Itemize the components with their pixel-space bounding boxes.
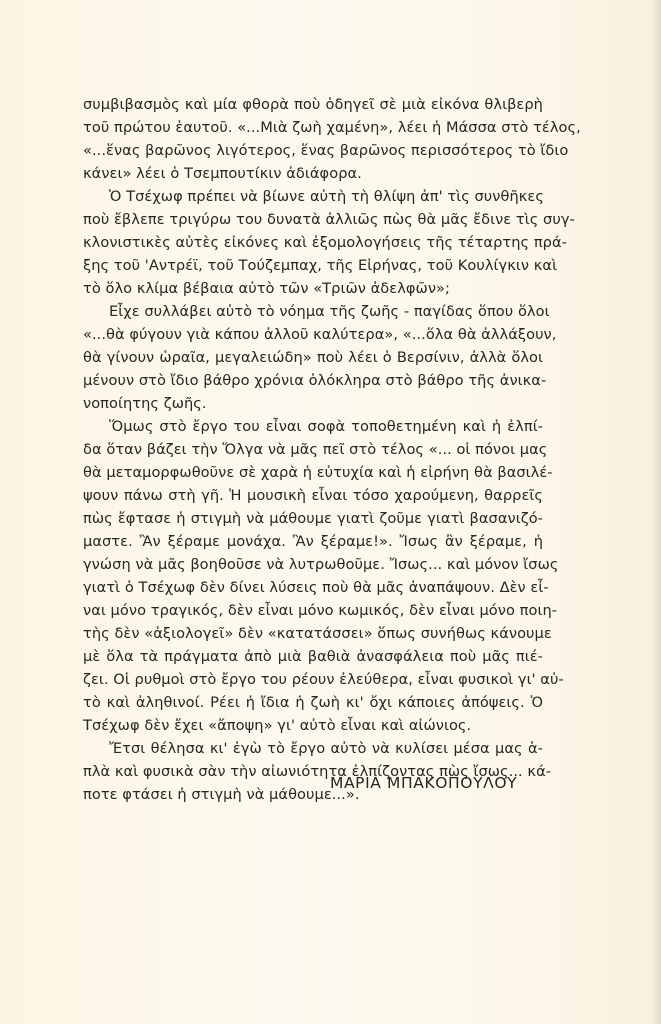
text-line: «...ἕνας βαρῶνος λιγότερος, ἕνας βαρῶνος… [83,139,543,162]
paragraph: Ἔτσι θέλησα κι' ἐγὼ τὸ ἔργο αὐτὸ νὰ κυλί… [83,737,543,806]
text-line: τὸ ὅλο κλίμα βέβαια αὐτὸ τῶν «Τριῶν ἀδελ… [83,277,543,300]
text-line: «...θὰ φύγουν γιὰ κάπου ἀλλοῦ καλύτερα»,… [83,323,543,346]
page-edge-shadow [651,0,661,1024]
paragraph: Ὅμως στὸ ἔργο του εἶναι σοφὰ τοποθετημέν… [83,415,543,737]
text-line: γνώση νὰ μᾶς βοηθοῦσε νὰ λυτρωθοῦμε. Ἴσω… [83,553,543,576]
text-line: ποὺ ἔβλεπε τριγύρω του δυνατὰ ἀλλιῶς πὼς… [83,208,543,231]
text-line: ψουν πάνω στὴ γῆ. Ἡ μουσικὴ εἶναι τόσο χ… [83,484,543,507]
text-line: μένουν στὸ ἴδιο βάθρο χρόνια ὁλόκληρα στ… [83,369,543,392]
paragraph: Εἶχε συλλάβει αὐτὸ τὸ νόημα τῆς ζωῆς - π… [83,300,543,415]
text-line: Ὅμως στὸ ἔργο του εἶναι σοφὰ τοποθετημέν… [83,415,543,438]
text-line: τὴς δὲν «ἀξιολογεῖ» δὲν «κατατάσσει» ὅπω… [83,622,543,645]
text-line: συμβιβασμὸς καὶ μία φθορὰ ποὺ ὁδηγεῖ σὲ … [83,93,543,116]
text-line: μαστε. Ἂν ξέραμε μονάχα. Ἂν ξέραμε!». Ἴσ… [83,530,543,553]
text-line: Τσέχωφ δὲν ἔχει «ἄποψη» γι' αὐτὸ εἶναι κ… [83,714,543,737]
text-line: ζει. Οἱ ρυθμοὶ στὸ ἔργο του ρέουν ἐλεύθε… [83,668,543,691]
paragraph: Ὁ Τσέχωφ πρέπει νὰ βίωνε αὐτὴ τὴ θλίψη ἀ… [83,185,543,300]
text-line: Εἶχε συλλάβει αὐτὸ τὸ νόημα τῆς ζωῆς - π… [83,300,543,323]
text-line: κάνει» λέει ὁ Τσεμπουτίκιν ἀδιάφορα. [83,162,543,185]
text-line: γιατὶ ὁ Τσέχωφ δὲν δίνει λύσεις ποὺ θὰ μ… [83,576,543,599]
text-line: ναι μόνο τραγικός, δὲν εἶναι μόνο κωμικό… [83,599,543,622]
text-line: τοῦ πρώτου ἑαυτοῦ. «...Μιὰ ζωὴ χαμένη», … [83,116,543,139]
paragraph: συμβιβασμὸς καὶ μία φθορὰ ποὺ ὁδηγεῖ σὲ … [83,93,543,185]
text-line: Ἔτσι θέλησα κι' ἐγὼ τὸ ἔργο αὐτὸ νὰ κυλί… [83,737,543,760]
text-line: κλονιστικὲς αὐτὲς εἰκόνες καὶ ἐξομολογήσ… [83,231,543,254]
text-line: ξης τοῦ 'Αντρέϊ, τοῦ Τούζεμπαχ, τῆς Εἰρή… [83,254,543,277]
text-line: μὲ ὅλα τὰ πράγματα ἀπὸ μιὰ βαθιὰ ἀνασφάλ… [83,645,543,668]
text-line: τὸ καὶ ἀληθινοί. Ρέει ἡ ἴδια ἡ ζωὴ κι' ὄ… [83,691,543,714]
text-line: θὰ μεταμορφωθοῦνε σὲ χαρὰ ἡ εὐτυχία καὶ … [83,461,543,484]
text-line: Ὁ Τσέχωφ πρέπει νὰ βίωνε αὐτὴ τὴ θλίψη ἀ… [83,185,543,208]
text-line: θὰ γίνουν ὡραῖα, μεγαλειώδη» ποὺ λέει ὁ … [83,346,543,369]
article-body: συμβιβασμὸς καὶ μία φθορὰ ποὺ ὁδηγεῖ σὲ … [83,93,543,806]
text-line: πὼς ἔφτασε ἡ στιγμὴ νὰ μάθουμε γιατὶ ζοῦ… [83,507,543,530]
text-line: δα ὅταν βάζει τὴν Ὄλγα νὰ μᾶς πεῖ στὸ τέ… [83,438,543,461]
text-line: νοποίητης ζωῆς. [83,392,543,415]
author-signature: ΜΑΡΙΑ ΜΠΑΚΟΠΟΥΛΟΥ [330,774,540,792]
scanned-page: συμβιβασμὸς καὶ μία φθορὰ ποὺ ὁδηγεῖ σὲ … [0,0,661,1024]
